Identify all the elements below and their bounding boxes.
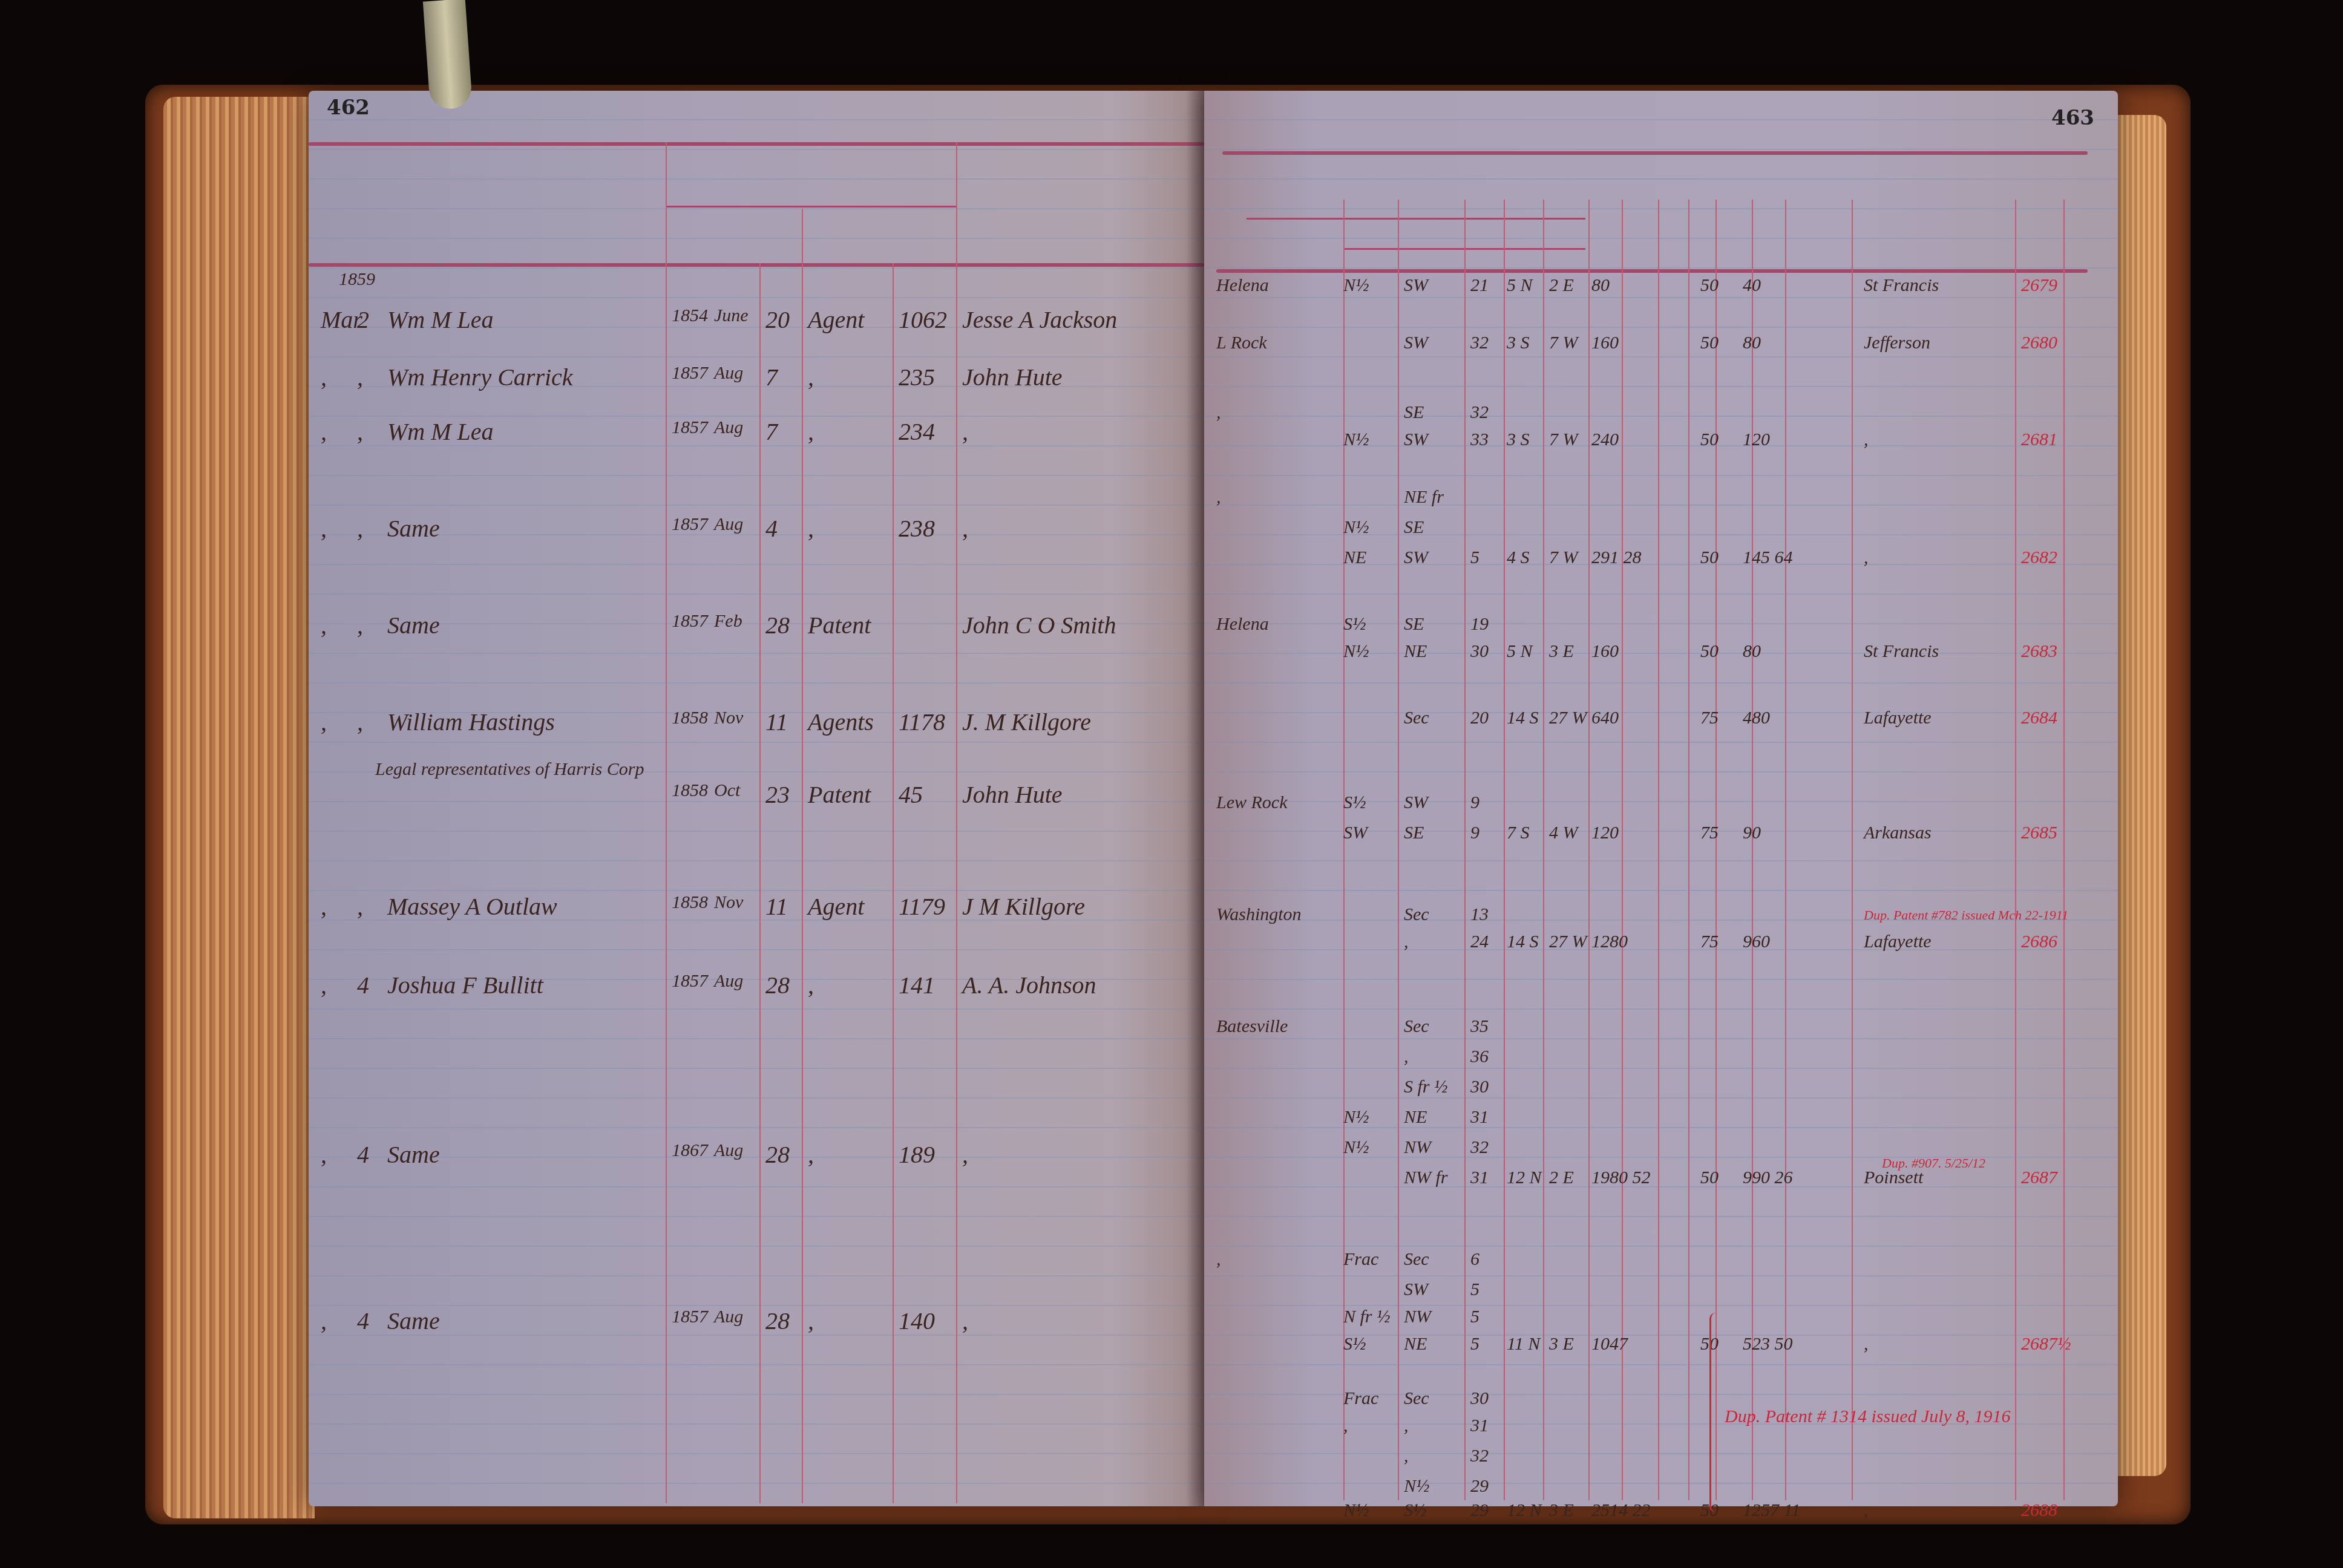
entry-section: 32 <box>1470 402 1489 423</box>
entry-township: 3 S <box>1507 430 1530 450</box>
column-rule <box>759 263 761 1503</box>
entry-range: 3 E <box>1549 1500 1574 1521</box>
entry-rate: 75 <box>1700 708 1719 728</box>
entry-township: 7 S <box>1507 823 1530 843</box>
entry-section: 9 <box>1470 792 1480 813</box>
entry-kind: , <box>808 363 814 391</box>
entry-part: Frac <box>1343 1249 1378 1270</box>
entry-section: 32 <box>1470 1446 1489 1466</box>
entry-section: 33 <box>1470 430 1489 450</box>
column-rule <box>1752 200 1753 1500</box>
entry-subdivision: NE <box>1404 641 1427 662</box>
page-edges-left <box>163 97 315 1518</box>
column-rule <box>1343 200 1345 1500</box>
entry-year: 1858 <box>672 708 708 728</box>
entry-month-abbr: Nov <box>714 708 743 728</box>
entry-day: , <box>357 363 363 391</box>
entry-acres: 160 <box>1591 333 1619 353</box>
entry-amount: 90 <box>1743 823 1761 843</box>
entry-part: N fr ½ <box>1343 1307 1391 1327</box>
header-rule-top <box>309 142 1204 146</box>
column-rule <box>1785 200 1786 1500</box>
entry-number: 140 <box>899 1307 935 1335</box>
entry-amount: 960 <box>1743 932 1770 952</box>
entry-land-office: , <box>1216 1249 1221 1270</box>
entry-subdivision: SE <box>1404 517 1424 538</box>
column-rule <box>1588 200 1590 1500</box>
entry-subdivision: Sec <box>1404 1249 1429 1270</box>
entry-township: 5 N <box>1507 641 1533 662</box>
entry-subdivision: SW <box>1404 792 1428 813</box>
entry-locator: , <box>962 1307 968 1335</box>
entry-date-day: 23 <box>765 780 790 809</box>
entry-month-abbr: Oct <box>714 780 740 801</box>
entry-month-abbr: Aug <box>714 1140 743 1161</box>
entry-amount: 523 50 <box>1743 1334 1793 1354</box>
entry-year: 1857 <box>672 971 708 991</box>
entry-subdivision: SW <box>1404 430 1428 450</box>
entry-kind: Agents <box>808 708 874 736</box>
entry-day: 4 <box>357 1307 369 1335</box>
entry-part: , <box>1343 1416 1348 1436</box>
entry-county: , <box>1864 547 1869 568</box>
entry-rate: 50 <box>1700 333 1719 353</box>
page-number-right: 463 <box>2051 106 2094 130</box>
entry-month: , <box>321 1140 327 1169</box>
entry-patentee-name: Legal representatives of Harris Corp <box>375 759 660 780</box>
entry-year: 1857 <box>672 1307 708 1327</box>
entry-part: N½ <box>1343 517 1369 538</box>
entry-range: 3 E <box>1549 641 1574 662</box>
entry-month-abbr: Aug <box>714 363 743 384</box>
column-rule <box>956 142 957 1503</box>
entry-section: 5 <box>1470 1279 1480 1300</box>
entry-part: N½ <box>1343 1107 1369 1128</box>
entry-section: 5 <box>1470 547 1480 568</box>
entry-number: 189 <box>899 1140 935 1169</box>
entry-rate: 50 <box>1700 275 1719 296</box>
entry-locator: J M Killgore <box>962 892 1085 921</box>
entry-day: , <box>357 708 363 736</box>
entry-amount: 40 <box>1743 275 1761 296</box>
entry-section: 35 <box>1470 1016 1489 1037</box>
entry-township: 3 S <box>1507 333 1530 353</box>
entry-year: 1857 <box>672 514 708 535</box>
entry-range: 7 W <box>1549 547 1578 568</box>
entry-day: , <box>357 417 363 446</box>
entry-number: 1179 <box>899 892 945 921</box>
entry-locator: , <box>962 417 968 446</box>
entry-acres: 640 <box>1591 708 1619 728</box>
entry-patent-number: 2688 <box>2021 1500 2057 1521</box>
entry-subdivision: N½ <box>1404 1476 1430 1497</box>
entry-date-day: 4 <box>765 514 778 543</box>
entry-land-office: Washington <box>1216 904 1302 925</box>
entry-county: St Francis <box>1864 641 1939 662</box>
entry-range: 7 W <box>1549 430 1578 450</box>
entry-subdivision: NE <box>1404 1107 1427 1128</box>
entry-range: 2 E <box>1549 1168 1574 1188</box>
entry-year: 1858 <box>672 892 708 913</box>
entry-part: SW <box>1343 823 1368 843</box>
entry-amount: 120 <box>1743 430 1770 450</box>
column-rule <box>1622 200 1623 1500</box>
entry-date-day: 28 <box>765 611 790 639</box>
entry-acres: 291 28 <box>1591 547 1642 568</box>
entry-patent-number: 2679 <box>2021 275 2057 296</box>
entry-amount: 1257 11 <box>1743 1500 1800 1521</box>
entry-acres: 160 <box>1591 641 1619 662</box>
entry-section: 30 <box>1470 1388 1489 1409</box>
entry-range: 2 E <box>1549 275 1574 296</box>
entry-kind: Patent <box>808 780 871 809</box>
entry-part: NE <box>1343 547 1366 568</box>
entry-locator: , <box>962 1140 968 1169</box>
entry-month: , <box>321 1307 327 1335</box>
red-ink-annotation: Dup. Patent # 1314 issued July 8, 1916 <box>1725 1406 2010 1427</box>
entry-county: Jefferson <box>1864 333 1930 353</box>
entry-patent-number: 2681 <box>2021 430 2057 450</box>
entry-patent-number: 2684 <box>2021 708 2057 728</box>
page-clip <box>423 0 473 110</box>
entry-locator: J. M Killgore <box>962 708 1091 736</box>
entry-subdivision: Sec <box>1404 1016 1429 1037</box>
entry-year: 1857 <box>672 363 708 384</box>
entry-patentee-name: Same <box>387 611 440 639</box>
entry-year: 1867 <box>672 1140 708 1161</box>
entry-section: 29 <box>1470 1476 1489 1497</box>
entry-rate: 75 <box>1700 823 1719 843</box>
entry-range: 4 W <box>1549 823 1578 843</box>
entry-subdivision: SW <box>1404 1279 1428 1300</box>
header-rule-bottom <box>1216 269 2088 273</box>
entry-subdivision: Sec <box>1404 708 1429 728</box>
entry-kind: Agent <box>808 892 864 921</box>
entry-range: 3 E <box>1549 1334 1574 1354</box>
entry-part: S½ <box>1343 792 1366 813</box>
entry-month: , <box>321 971 327 999</box>
entry-month-abbr: Aug <box>714 1307 743 1327</box>
column-rule <box>1504 200 1505 1500</box>
column-rule <box>1715 200 1717 1500</box>
entry-section: 31 <box>1470 1107 1489 1128</box>
entry-patentee-name: Massey A Outlaw <box>387 892 557 921</box>
entry-patentee-name: Wm Henry Carrick <box>387 363 573 391</box>
entry-section: 21 <box>1470 275 1489 296</box>
entry-day: , <box>357 514 363 543</box>
entry-subdivision: SE <box>1404 402 1424 423</box>
entry-township: 14 S <box>1507 708 1539 728</box>
entry-locator: John Hute <box>962 780 1063 809</box>
column-rule <box>2015 200 2016 1500</box>
entry-acres: 2514 22 <box>1591 1500 1651 1521</box>
entry-acres: 1047 <box>1591 1334 1628 1354</box>
entry-year: 1857 <box>672 417 708 438</box>
page-edges-right <box>2118 115 2166 1476</box>
entry-day: , <box>357 611 363 639</box>
entry-locator: Jesse A Jackson <box>962 305 1117 334</box>
entry-kind: , <box>808 1140 814 1169</box>
entry-section: 5 <box>1470 1307 1480 1327</box>
entry-kind: , <box>808 1307 814 1335</box>
entry-part: N½ <box>1343 641 1369 662</box>
entry-patent-number: 2685 <box>2021 823 2057 843</box>
entry-date-day: 7 <box>765 363 778 391</box>
entry-patentee-name: Same <box>387 514 440 543</box>
entry-patentee-name: William Hastings <box>387 708 555 736</box>
entry-date-day: 7 <box>765 417 778 446</box>
entry-month-abbr: Nov <box>714 892 743 913</box>
entry-subdivision: SE <box>1404 614 1424 635</box>
entry-subdivision: NE fr <box>1404 487 1444 508</box>
entry-county: , <box>1864 1500 1869 1521</box>
entry-amount: 145 64 <box>1743 547 1793 568</box>
entry-locator: John Hute <box>962 363 1063 391</box>
entry-section: 20 <box>1470 708 1489 728</box>
entry-month-abbr: Aug <box>714 514 743 535</box>
column-rule <box>1852 200 1853 1500</box>
entry-land-office: , <box>1216 402 1221 423</box>
entry-acres: 80 <box>1591 275 1610 296</box>
entry-township: 14 S <box>1507 932 1539 952</box>
entry-month: , <box>321 892 327 921</box>
entry-part: Frac <box>1343 1388 1378 1409</box>
entry-subdivision: Sec <box>1404 1388 1429 1409</box>
entry-subdivision: , <box>1404 1416 1409 1436</box>
entry-patentee-name: Same <box>387 1307 440 1335</box>
entry-patentee-name: Wm M Lea <box>387 417 494 446</box>
entry-subdivision: NW fr <box>1404 1168 1448 1188</box>
red-ink-annotation: Dup. #907. 5/25/12 <box>1882 1155 1985 1171</box>
entry-range: 27 W <box>1549 932 1587 952</box>
entry-section: 36 <box>1470 1047 1489 1067</box>
entry-section: 19 <box>1470 614 1489 635</box>
entry-subdivision: , <box>1404 932 1409 952</box>
entry-patent-number: 2687½ <box>2021 1334 2071 1354</box>
entry-month: , <box>321 514 327 543</box>
entry-county: St Francis <box>1864 275 1939 296</box>
header-rule-bottom <box>309 263 1204 267</box>
entry-date-day: 11 <box>765 708 788 736</box>
column-rule <box>1688 200 1689 1500</box>
header-subrule <box>1247 218 1585 220</box>
entry-number: 235 <box>899 363 935 391</box>
entry-number: 45 <box>899 780 923 809</box>
column-rule <box>666 142 667 1503</box>
entry-subdivision: NE <box>1404 1334 1427 1354</box>
right-page: 463 HelenaN½SW215 N2 E805040St Francis26… <box>1204 91 2118 1506</box>
entry-kind: , <box>808 417 814 446</box>
entry-patentee-name: Joshua F Bullitt <box>387 971 543 999</box>
entry-amount: 480 <box>1743 708 1770 728</box>
left-page: 462 1859 Mar2Wm M Lea1854June20Agent1062… <box>309 91 1204 1506</box>
entry-number: 141 <box>899 971 935 999</box>
entry-section: 30 <box>1470 641 1489 662</box>
entry-subdivision: SW <box>1404 275 1428 296</box>
entry-rate: 50 <box>1700 430 1719 450</box>
entry-township: 12 N <box>1507 1168 1542 1188</box>
entry-acres: 120 <box>1591 823 1619 843</box>
entry-section: 32 <box>1470 1137 1489 1158</box>
entry-day: 4 <box>357 971 369 999</box>
entry-land-office: , <box>1216 487 1221 508</box>
column-rule <box>802 209 803 1503</box>
column-rule <box>1658 200 1659 1500</box>
entry-locator: , <box>962 514 968 543</box>
entry-township: 4 S <box>1507 547 1530 568</box>
red-ink-annotation: Dup. Patent #782 issued Mch 22-1911 <box>1864 907 2068 923</box>
entry-acres: 1280 <box>1591 932 1628 952</box>
entry-year: 1857 <box>672 611 708 632</box>
entry-part: N½ <box>1343 1500 1369 1521</box>
entry-patent-number: 2686 <box>2021 932 2057 952</box>
entry-month-abbr: June <box>714 305 749 326</box>
entry-year: 1858 <box>672 780 708 801</box>
entry-month: , <box>321 417 327 446</box>
entry-section: 5 <box>1470 1334 1480 1354</box>
entry-section: 6 <box>1470 1249 1480 1270</box>
header-subrule <box>666 206 956 207</box>
entry-locator: John C O Smith <box>962 611 1116 639</box>
entry-township: 12 N <box>1507 1500 1542 1521</box>
entry-kind: Agent <box>808 305 864 334</box>
entry-section: 13 <box>1470 904 1489 925</box>
year-heading: 1859 <box>339 269 375 290</box>
entry-patent-number: 2683 <box>2021 641 2057 662</box>
entry-month: , <box>321 708 327 736</box>
entry-subdivision: SW <box>1404 547 1428 568</box>
entry-year: 1854 <box>672 305 708 326</box>
entry-county: Lafayette <box>1864 708 1932 728</box>
entry-month-abbr: Aug <box>714 417 743 438</box>
entry-subdivision: S½ <box>1404 1500 1427 1521</box>
entry-subdivision: SW <box>1404 333 1428 353</box>
column-rule <box>893 263 894 1503</box>
entry-date-day: 28 <box>765 1307 790 1335</box>
entry-part: N½ <box>1343 275 1369 296</box>
entry-section: 31 <box>1470 1416 1489 1436</box>
page-number-left: 462 <box>327 96 370 120</box>
entry-section: 32 <box>1470 333 1489 353</box>
entry-month-abbr: Feb <box>714 611 742 632</box>
column-rule <box>1464 200 1466 1500</box>
entry-section: 9 <box>1470 823 1480 843</box>
entry-land-office: Helena <box>1216 275 1269 296</box>
entry-section: 30 <box>1470 1077 1489 1097</box>
entry-month: Mar <box>321 305 362 334</box>
entry-number: 1178 <box>899 708 945 736</box>
entry-date-day: 11 <box>765 892 788 921</box>
entry-acres: 240 <box>1591 430 1619 450</box>
entry-month-abbr: Aug <box>714 971 743 991</box>
entry-subdivision: SE <box>1404 823 1424 843</box>
entry-rate: 50 <box>1700 1168 1719 1188</box>
entry-township: 11 N <box>1507 1334 1540 1354</box>
header-rule-top <box>1222 151 2088 155</box>
entry-land-office: Lew Rock <box>1216 792 1287 813</box>
entry-subdivision: , <box>1404 1047 1409 1067</box>
entry-acres: 1980 52 <box>1591 1168 1651 1188</box>
entry-amount: 990 26 <box>1743 1168 1793 1188</box>
entry-part: N½ <box>1343 1137 1369 1158</box>
entry-amount: 80 <box>1743 641 1761 662</box>
entry-kind: , <box>808 514 814 543</box>
entry-date-day: 28 <box>765 971 790 999</box>
entry-section: 24 <box>1470 932 1489 952</box>
entry-subdivision: S fr ½ <box>1404 1077 1448 1097</box>
entry-subdivision: NW <box>1404 1137 1431 1158</box>
entry-date-day: 28 <box>765 1140 790 1169</box>
entry-part: S½ <box>1343 614 1366 635</box>
entry-month: , <box>321 611 327 639</box>
entry-rate: 50 <box>1700 641 1719 662</box>
entry-range: 27 W <box>1549 708 1587 728</box>
column-rule <box>1543 200 1544 1500</box>
entry-subdivision: , <box>1404 1446 1409 1466</box>
entry-county: Arkansas <box>1864 823 1932 843</box>
entry-range: 7 W <box>1549 333 1578 353</box>
entry-patent-number: 2687 <box>2021 1168 2057 1188</box>
entry-part: N½ <box>1343 430 1369 450</box>
entry-land-office: Helena <box>1216 614 1269 635</box>
entry-county: Lafayette <box>1864 932 1932 952</box>
entry-patentee-name: Same <box>387 1140 440 1169</box>
entry-day: , <box>357 892 363 921</box>
entry-subdivision: NW <box>1404 1307 1431 1327</box>
entry-land-office: L Rock <box>1216 333 1267 353</box>
entry-rate: 50 <box>1700 547 1719 568</box>
entry-part: S½ <box>1343 1334 1366 1354</box>
entry-number: 1062 <box>899 305 947 334</box>
entry-section: 31 <box>1470 1168 1489 1188</box>
entry-patentee-name: Wm M Lea <box>387 305 494 334</box>
entry-amount: 80 <box>1743 333 1761 353</box>
column-rule <box>2063 200 2065 1500</box>
entry-subdivision: Sec <box>1404 904 1429 925</box>
entry-number: 234 <box>899 417 935 446</box>
entry-patent-number: 2682 <box>2021 547 2057 568</box>
entry-day: 4 <box>357 1140 369 1169</box>
entry-number: 238 <box>899 514 935 543</box>
entry-date-day: 20 <box>765 305 790 334</box>
entry-kind: , <box>808 971 814 999</box>
entry-locator: A. A. Johnson <box>962 971 1096 999</box>
entry-day: 2 <box>357 305 369 334</box>
entry-patent-number: 2680 <box>2021 333 2057 353</box>
entry-kind: Patent <box>808 611 871 639</box>
entry-section: 29 <box>1470 1500 1489 1521</box>
entry-county: , <box>1864 430 1869 450</box>
entry-county: , <box>1864 1334 1869 1354</box>
entry-land-office: Batesville <box>1216 1016 1288 1037</box>
entry-rate: 75 <box>1700 932 1719 952</box>
entry-township: 5 N <box>1507 275 1533 296</box>
entry-month: , <box>321 363 327 391</box>
annotation-brace <box>1709 1313 1720 1512</box>
column-rule <box>1398 200 1399 1500</box>
